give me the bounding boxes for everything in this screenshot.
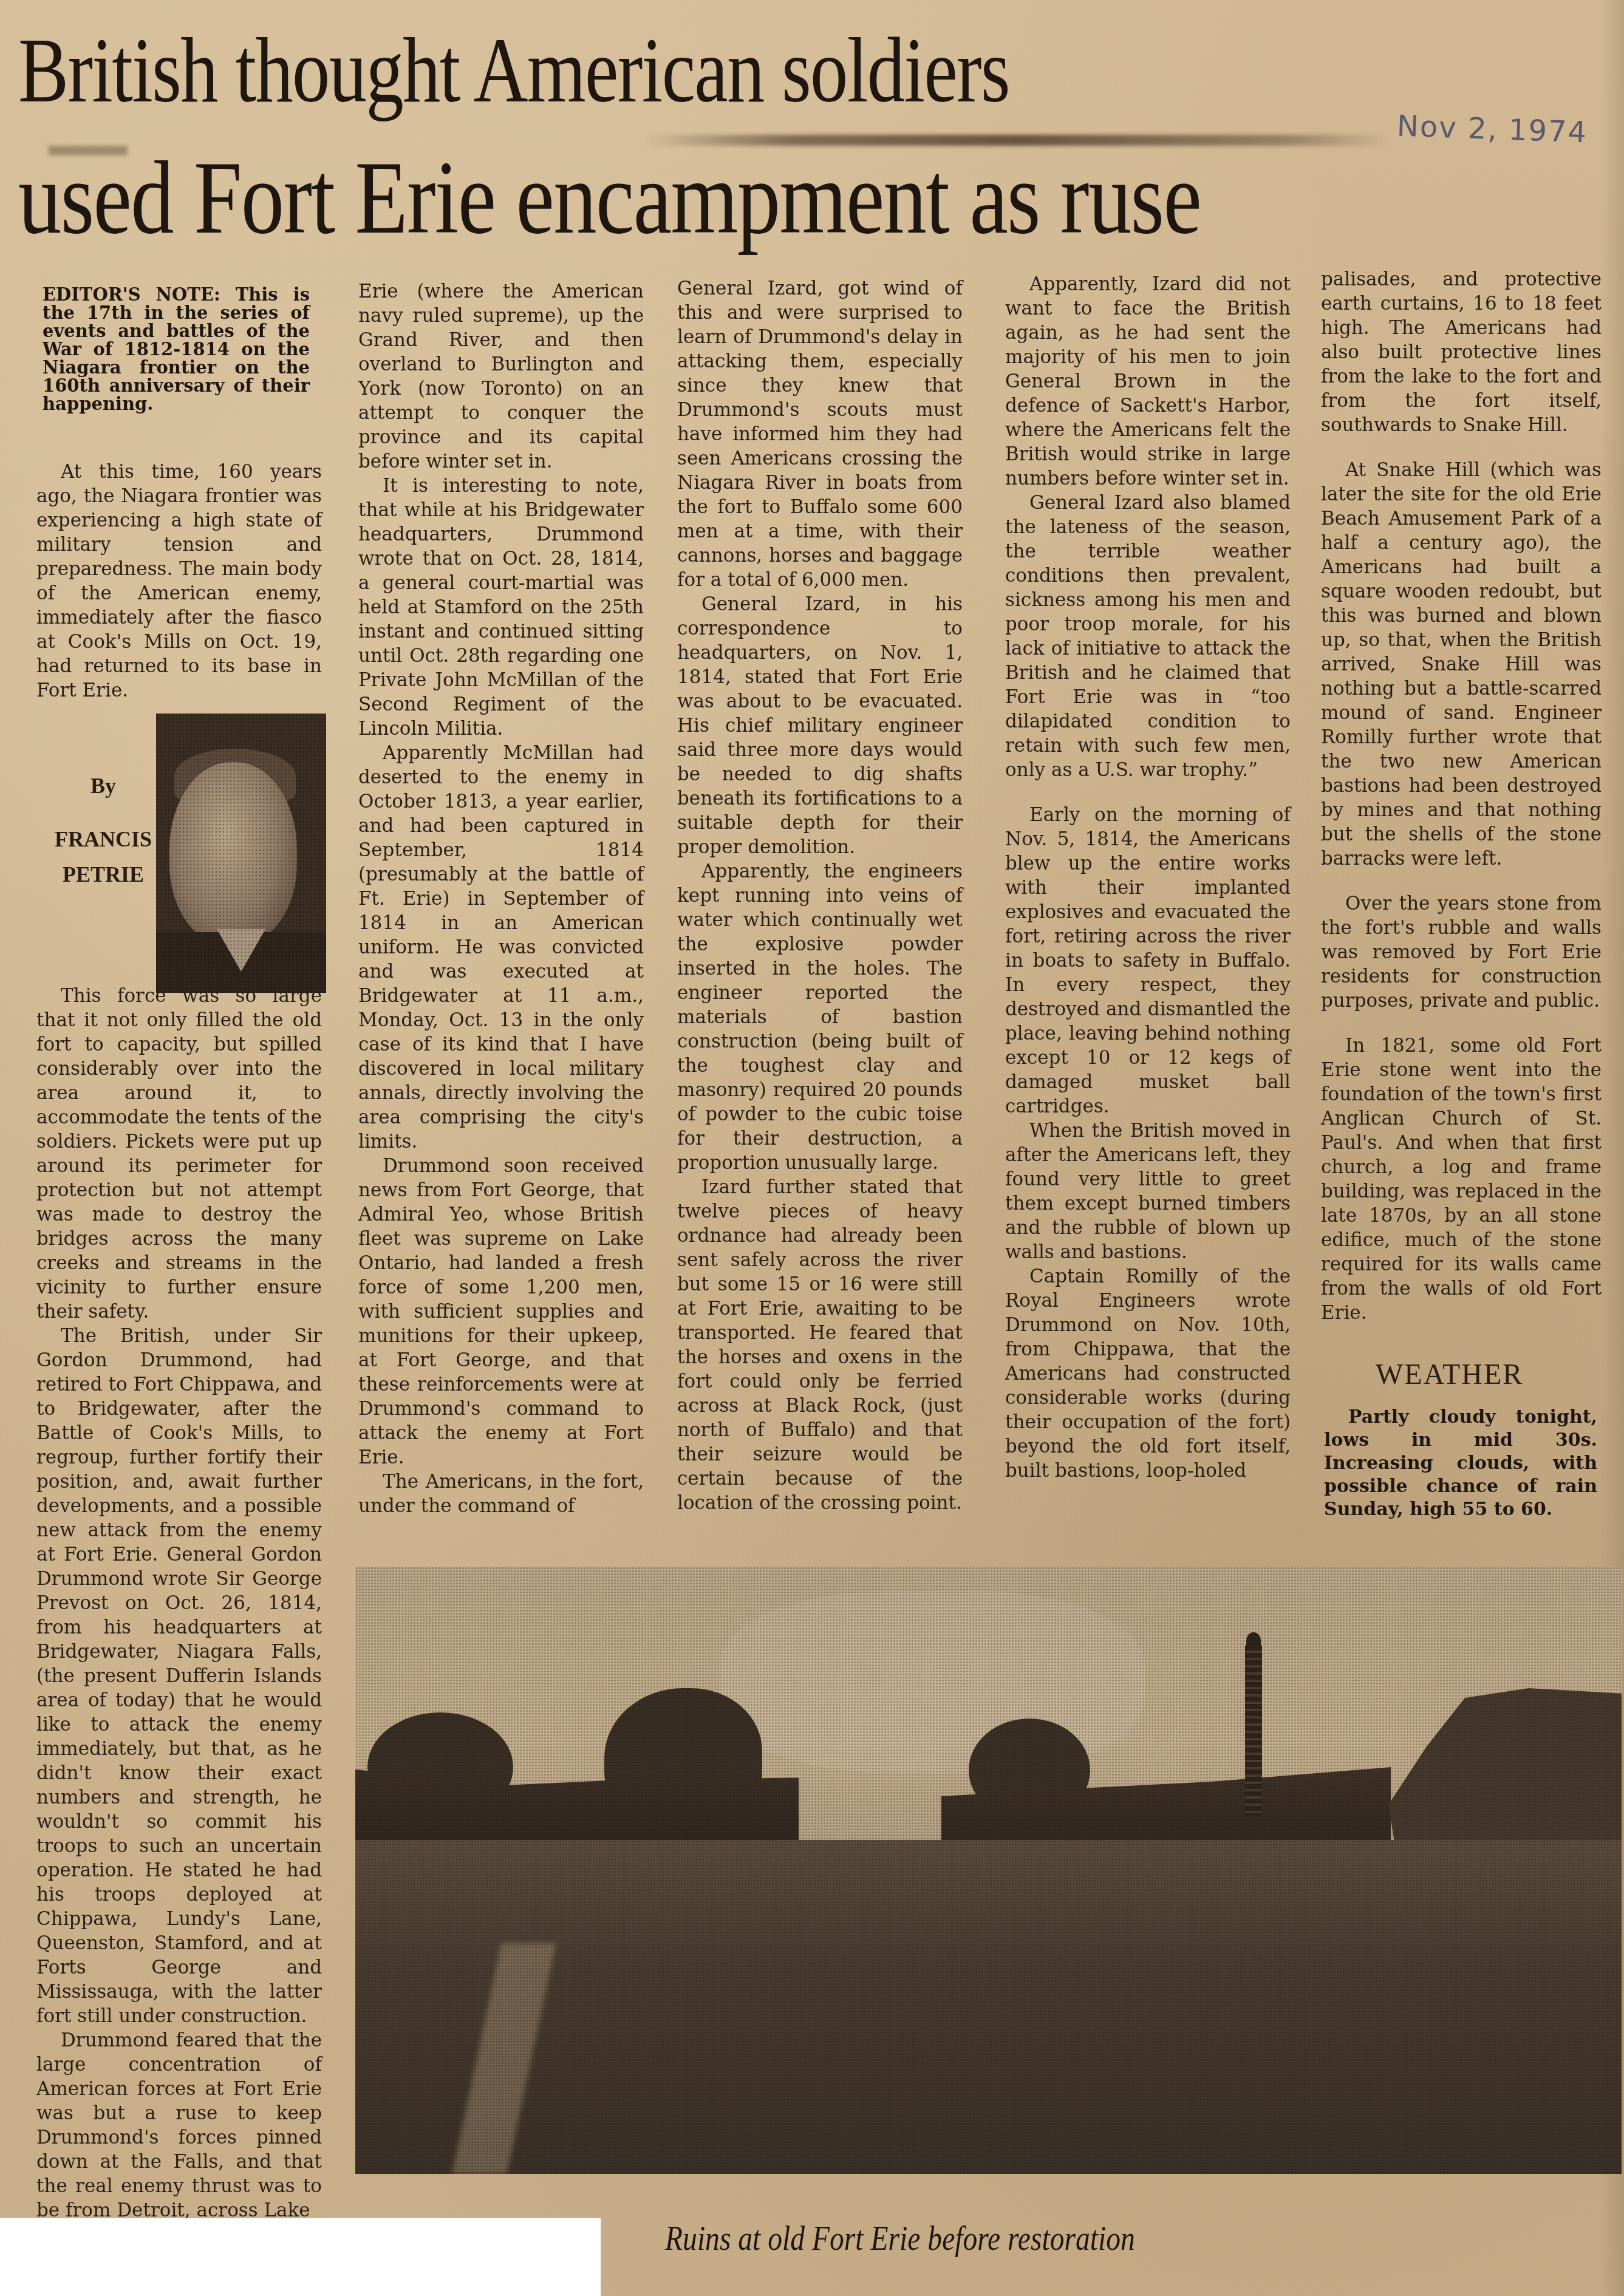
paragraph: In 1821, some old Fort Erie stone went i… <box>1321 1034 1602 1325</box>
paragraph: Captain Romilly of the Royal Engineers w… <box>1005 1264 1291 1483</box>
column-5: palisades, and protective earth curtains… <box>1321 267 1602 1325</box>
paragraph: Early on the morning of Nov. 5, 1814, th… <box>1005 803 1291 1119</box>
paragraph: It is interesting to note, that while at… <box>358 474 644 741</box>
paragraph: Drummond soon received news from Fort Ge… <box>358 1154 644 1470</box>
halftone-overlay <box>156 714 326 993</box>
halftone-overlay <box>355 1567 1622 2174</box>
author-portrait <box>156 714 326 993</box>
paragraph: General Izard also blamed the lateness o… <box>1005 491 1291 782</box>
column-2: Erie (where the American navy ruled supr… <box>358 279 644 1518</box>
paragraph: Izard further stated that twelve pieces … <box>677 1175 963 1515</box>
fort-erie-ruins-photo <box>355 1567 1622 2174</box>
paragraph: Over the years stone from the fort's rub… <box>1321 891 1602 1013</box>
paragraph: Apparently McMillan had deserted to the … <box>358 741 644 1154</box>
column-1-bottom: This force was so large that it not only… <box>36 984 322 2223</box>
paragraph: General Izard, in his correspondence to … <box>677 592 963 859</box>
byline-last-name: PETRIE <box>49 857 158 892</box>
photo-caption: Ruins at old Fort Erie before restoratio… <box>665 2219 1135 2258</box>
column-1-top: At this time, 160 years ago, the Niagara… <box>36 460 322 703</box>
weather-heading: WEATHER <box>1376 1358 1523 1391</box>
headline-line-1: British thought American soldiers <box>18 24 1009 117</box>
byline-first-name: FRANCIS <box>49 822 158 857</box>
handwritten-date: Nov 2, 1974 <box>1396 109 1588 150</box>
weather-forecast: Partly cloudy tonight, lows in mid 30s. … <box>1324 1406 1597 1521</box>
paragraph: Drummond feared that the large concentra… <box>36 2028 322 2223</box>
column-3: General Izard, got wind of this and were… <box>677 276 963 1515</box>
paragraph: Apparently, Izard did not want to face t… <box>1005 272 1291 491</box>
paragraph: At this time, 160 years ago, the Niagara… <box>36 460 322 703</box>
paragraph: palisades, and protective earth curtains… <box>1321 267 1602 437</box>
paragraph: The Americans, in the fort, under the co… <box>358 1470 644 1518</box>
byline: By FRANCIS PETRIE <box>49 768 158 892</box>
paragraph: Erie (where the American navy ruled supr… <box>358 279 644 474</box>
byline-by: By <box>49 768 158 803</box>
headline-line-2: used Fort Erie encampment as ruse <box>18 146 1201 250</box>
paragraph: This force was so large that it not only… <box>36 984 322 1324</box>
paragraph: When the British moved in after the Amer… <box>1005 1119 1291 1264</box>
paragraph: General Izard, got wind of this and were… <box>677 276 963 592</box>
paragraph: Apparently, the engineers kept running i… <box>677 859 963 1175</box>
newspaper-clipping: British thought American soldiers Nov 2,… <box>0 0 1624 2296</box>
paragraph: The British, under Sir Gordon Drummond, … <box>36 1324 322 2028</box>
editor-note: EDITOR'S NOTE: This is the 17th in the s… <box>43 285 310 413</box>
paragraph: At Snake Hill (which was later the site … <box>1321 458 1602 871</box>
column-4: Apparently, Izard did not want to face t… <box>1005 272 1291 1483</box>
